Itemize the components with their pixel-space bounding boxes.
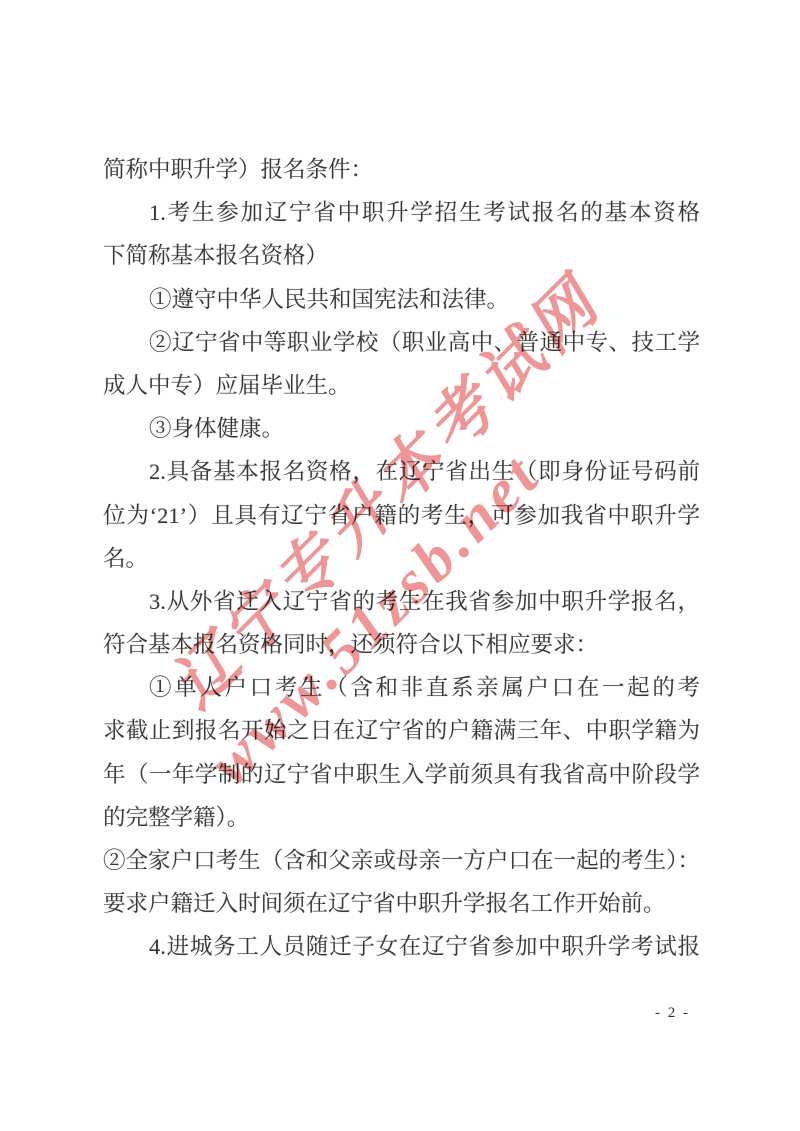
page-number: - 2 - (655, 1005, 690, 1022)
document-body: 简称中职升学）报名条件： 1.考生参加辽宁省中职升学招生考试报名的基本资格（以 … (103, 148, 700, 969)
text-line: ②全家户口考生（含和父亲或母亲一方户口在一起的考生）： (103, 839, 700, 882)
text-line: 求截止到报名开始之日在辽宁省的户籍满三年、中职学籍为三 (103, 709, 700, 752)
text-line: 简称中职升学）报名条件： (103, 148, 700, 191)
text-line: ①单人户口考生（含和非直系亲属户口在一起的考生）：要 (103, 666, 700, 709)
text-line: 4.进城务工人员随迁子女在辽宁省参加中职升学考试报名， (103, 925, 700, 968)
text-line: 年（一年学制的辽宁省中职生入学前须具有我省高中阶段学校 (103, 753, 700, 796)
text-line: 2.具备基本报名资格，在辽宁省出生（即身份证号码前两 (103, 450, 700, 493)
text-line: 的完整学籍）。 (103, 796, 700, 839)
text-line: ①遵守中华人民共和国宪法和法律。 (103, 278, 700, 321)
text-line: 位为‘21’）且具有辽宁省户籍的考生，可参加我省中职升学报 (103, 494, 700, 537)
text-line: ②辽宁省中等职业学校（职业高中、普通中专、技工学校、 (103, 321, 700, 364)
text-line: 要求户籍迁入时间须在辽宁省中职升学报名工作开始前。 (103, 882, 700, 925)
text-line: 成人中专）应届毕业生。 (103, 364, 700, 407)
text-line: 名。 (103, 537, 700, 580)
text-line: 符合基本报名资格同时，还须符合以下相应要求： (103, 623, 700, 666)
text-line: ③身体健康。 (103, 407, 700, 450)
text-line: 下简称基本报名资格） (103, 234, 700, 277)
text-line: 3.从外省迁入辽宁省的考生在我省参加中职升学报名，在 (103, 580, 700, 623)
text-line: 1.考生参加辽宁省中职升学招生考试报名的基本资格（以 (103, 191, 700, 234)
document-page: 简称中职升学）报名条件： 1.考生参加辽宁省中职升学招生考试报名的基本资格（以 … (0, 0, 800, 1131)
